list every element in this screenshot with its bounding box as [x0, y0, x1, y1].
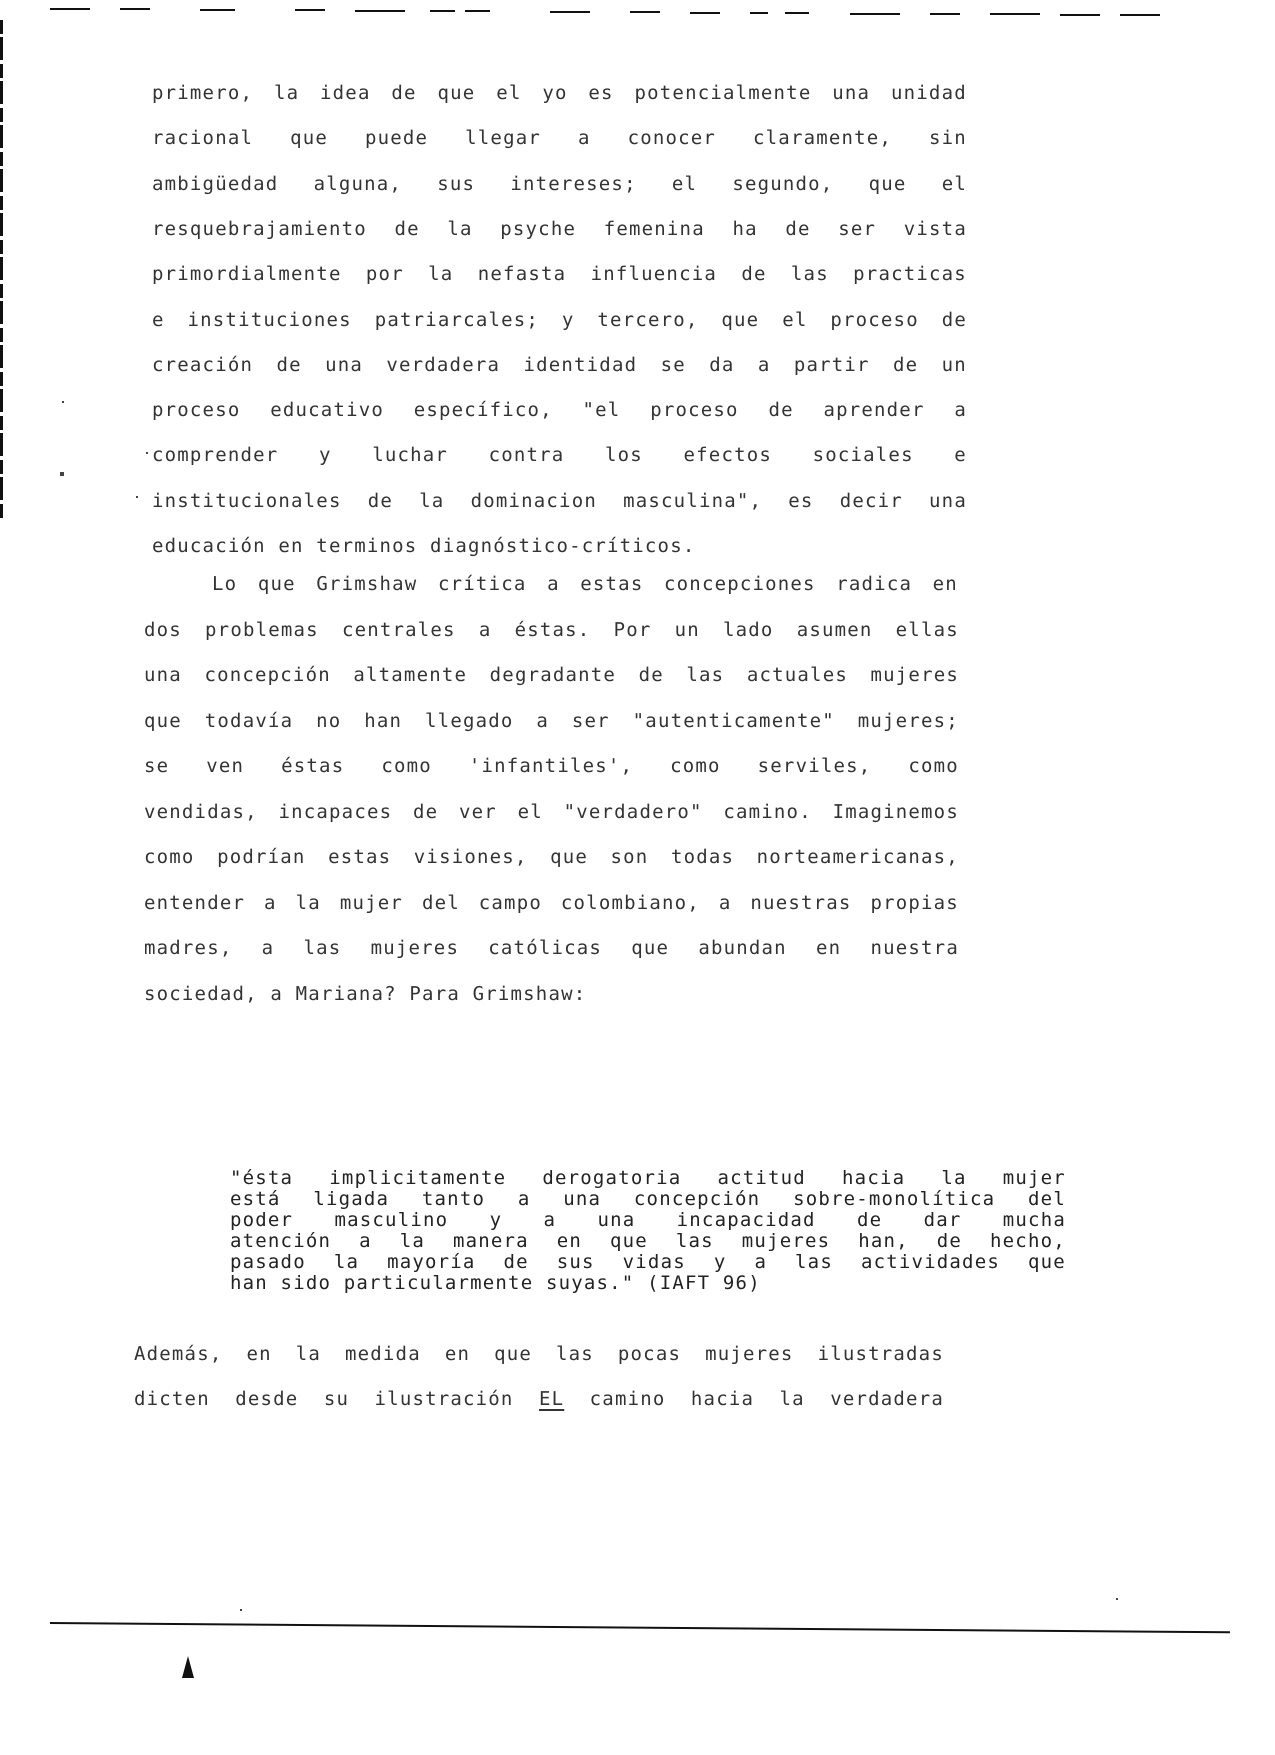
paragraph-1-line: educación en terminos diagnóstico-crític… — [152, 535, 967, 557]
word: sus — [557, 1252, 595, 1273]
word: el — [942, 173, 967, 195]
word: tanto — [422, 1189, 485, 1210]
word: actividades — [861, 1252, 1000, 1273]
word: Imaginemos — [833, 801, 959, 823]
word: en — [445, 1343, 470, 1365]
word: de — [942, 309, 967, 331]
word: la — [296, 1343, 321, 1365]
word: el — [496, 82, 521, 104]
word: católicas — [488, 937, 602, 959]
paragraph-2-line: comopodríanestasvisiones,quesontodasnort… — [144, 846, 959, 868]
word: la — [274, 82, 299, 104]
word: está — [230, 1189, 281, 1210]
word: en — [816, 937, 841, 959]
word: conocer — [628, 127, 716, 149]
word: todavía — [205, 710, 293, 732]
word: que — [494, 1343, 532, 1365]
word: una — [597, 1210, 635, 1231]
scan-dash — [850, 13, 900, 15]
word: sobre-monolítica — [793, 1189, 995, 1210]
word: que — [869, 173, 907, 195]
word: y — [490, 1210, 503, 1231]
scan-dash — [990, 13, 1040, 15]
word: como — [670, 755, 721, 777]
word: da — [709, 354, 734, 376]
speck — [146, 452, 148, 454]
word: derogatoria — [542, 1168, 681, 1189]
paragraph-3-line: dictendesdesuilustraciónELcaminohacialav… — [134, 1388, 944, 1410]
scan-dash — [50, 8, 90, 10]
word: una — [832, 82, 870, 104]
word: proceso — [830, 309, 918, 331]
word: mayoría — [387, 1252, 475, 1273]
word: vendidas, — [144, 801, 258, 823]
paragraph-1-line: primordialmenteporlanefastainfluenciadel… — [152, 263, 967, 285]
word: entender — [144, 892, 245, 914]
word: creación — [152, 354, 253, 376]
word: EL — [539, 1388, 564, 1410]
paragraph-2-line: entenderalamujerdelcampocolombiano,anues… — [144, 892, 959, 914]
word: visiones, — [414, 846, 528, 868]
scan-dash — [200, 9, 220, 11]
word: en — [246, 1343, 271, 1365]
word: medida — [345, 1343, 421, 1365]
scan-dash — [430, 10, 455, 12]
paragraph-1-line: racionalquepuedellegaraconocerclaramente… — [152, 127, 967, 149]
word: que — [610, 1231, 648, 1252]
paragraph-1-line: creacióndeunaverdaderaidentidadsedaapart… — [152, 354, 967, 376]
word: de — [639, 664, 664, 686]
word: problemas — [205, 619, 319, 641]
word: la — [296, 892, 321, 914]
word: tercero, — [597, 309, 698, 331]
word: pasado — [230, 1252, 306, 1273]
word: su — [324, 1388, 349, 1410]
word: mujer — [340, 892, 403, 914]
word: hacia — [691, 1388, 754, 1410]
word: poder — [230, 1210, 293, 1231]
scan-dash — [630, 11, 660, 13]
word: a — [262, 937, 275, 959]
word: vista — [904, 218, 967, 240]
word: ha — [732, 218, 757, 240]
word: degradante — [490, 664, 616, 686]
paragraph-2-line: madres,alasmujerescatólicasqueabundanenn… — [144, 937, 959, 959]
word: a — [578, 127, 591, 149]
word: sociedad, a Mariana? Para Grimshaw: — [144, 983, 586, 1005]
word: la — [428, 263, 453, 285]
word: institucionales — [152, 490, 342, 512]
word: abundan — [698, 937, 786, 959]
word: que — [144, 710, 182, 732]
word: una — [144, 664, 182, 686]
word: nefasta — [478, 263, 566, 285]
word: y — [562, 309, 575, 331]
word: pocas — [618, 1343, 681, 1365]
word: que — [438, 82, 476, 104]
word: campo — [479, 892, 542, 914]
word: a — [754, 1252, 767, 1273]
word: las — [791, 263, 829, 285]
word: han, — [858, 1231, 909, 1252]
word: a — [518, 1189, 531, 1210]
word: yo — [542, 82, 567, 104]
word: de — [741, 263, 766, 285]
scan-dash — [550, 11, 590, 13]
word: claramente, — [753, 127, 892, 149]
word: mujeres — [705, 1343, 793, 1365]
word: las — [686, 664, 724, 686]
word: resquebrajamiento — [152, 218, 367, 240]
paragraph-2-line: unaconcepciónaltamentedegradantedelasact… — [144, 664, 959, 686]
word: de — [413, 801, 438, 823]
block-quote-line: han sido particularmente suyas." (IAFT 9… — [230, 1273, 1066, 1294]
word: Además, — [134, 1343, 222, 1365]
word: desde — [235, 1388, 298, 1410]
word: proceso — [152, 399, 240, 421]
word: concepción — [204, 664, 330, 686]
word: propias — [870, 892, 958, 914]
speck — [1116, 1598, 1118, 1600]
word: identidad — [523, 354, 637, 376]
word: actitud — [717, 1168, 805, 1189]
word: de — [893, 354, 918, 376]
scan-edge-artifact — [0, 20, 3, 520]
word: practicas — [853, 263, 967, 285]
word: verdadera — [830, 1388, 944, 1410]
word: a — [954, 399, 967, 421]
word: ilustradas — [818, 1343, 944, 1365]
word: concepciones — [664, 573, 816, 595]
word: éstas — [281, 755, 344, 777]
word: nuestras — [750, 892, 851, 914]
word: específico, — [414, 399, 553, 421]
word: de — [785, 218, 810, 240]
block-quote-line: pasadolamayoríadesusvidasyalasactividade… — [230, 1252, 1066, 1273]
word: hecho, — [990, 1231, 1066, 1252]
word: potencialmente — [635, 82, 812, 104]
word: efectos — [684, 444, 772, 466]
word: podrían — [217, 846, 305, 868]
scan-dash — [690, 12, 720, 14]
block-quote-line: atenciónalamaneraenquelasmujereshan,dehe… — [230, 1231, 1066, 1252]
word: de — [937, 1231, 962, 1252]
word: ser — [838, 218, 876, 240]
word: de — [768, 399, 793, 421]
word: sin — [929, 127, 967, 149]
word: de — [368, 490, 393, 512]
paragraph-1-line: comprenderylucharcontralosefectossociale… — [152, 444, 967, 466]
word: el — [672, 173, 697, 195]
word: que — [290, 127, 328, 149]
word: actuales — [747, 664, 848, 686]
word: y — [714, 1252, 727, 1273]
word: implicitamente — [329, 1168, 506, 1189]
word: comprender — [152, 444, 278, 466]
word: el — [782, 309, 807, 331]
word: concepción — [634, 1189, 760, 1210]
top-scan-dashes — [50, 8, 1240, 22]
word: e — [954, 444, 967, 466]
word: en — [557, 1231, 582, 1252]
word: ven — [206, 755, 244, 777]
word: altamente — [353, 664, 467, 686]
word: a — [544, 1210, 557, 1231]
word: incapaces — [278, 801, 392, 823]
word: hacia — [842, 1168, 905, 1189]
word: primero, — [152, 82, 253, 104]
scan-dash — [220, 9, 235, 11]
word: decir — [840, 490, 903, 512]
word: ver — [459, 801, 497, 823]
word: como — [144, 846, 195, 868]
word: mujeres; — [858, 710, 959, 732]
word: masculino — [335, 1210, 449, 1231]
block-quote-line: "éstaimplicitamentederogatoriaactitudhac… — [230, 1168, 1066, 1189]
scan-dash — [355, 10, 405, 12]
word: por — [366, 263, 404, 285]
word: "ésta — [230, 1168, 293, 1189]
scan-dash — [930, 13, 960, 15]
word: colombiano, — [561, 892, 700, 914]
word: idea — [320, 82, 371, 104]
scan-dash — [120, 8, 150, 10]
word: el — [518, 801, 543, 823]
word: manera — [453, 1231, 529, 1252]
paragraph-3-line: Además,enlamedidaenquelaspocasmujeresilu… — [134, 1343, 944, 1365]
word: racional — [152, 127, 253, 149]
word: que — [550, 846, 588, 868]
word: los — [605, 444, 643, 466]
word: de — [504, 1252, 529, 1273]
word: de — [276, 354, 301, 376]
word: la — [419, 490, 444, 512]
word: una — [563, 1189, 601, 1210]
word: la — [780, 1388, 805, 1410]
word: lado — [723, 619, 774, 641]
word: en — [933, 573, 958, 595]
word: como — [381, 755, 432, 777]
scan-dash — [295, 9, 325, 11]
word: dos — [144, 619, 182, 641]
word: a — [758, 354, 771, 376]
paragraph-1-line: ambigüedadalguna,susintereses;elsegundo,… — [152, 173, 967, 195]
word: educativo — [270, 399, 384, 421]
word: radica — [836, 573, 912, 595]
paragraph-2-line: quetodavíanohanllegadoaser"autenticament… — [144, 710, 959, 732]
word: la — [447, 218, 472, 240]
word: masculina", — [623, 490, 762, 512]
word: se — [661, 354, 686, 376]
word: educación en terminos diagnóstico-crític… — [152, 535, 695, 557]
paragraph-1-line: einstitucionespatriarcales;ytercero,quee… — [152, 309, 967, 331]
word: proceso — [650, 399, 738, 421]
word: estas — [328, 846, 391, 868]
word: mucha — [1003, 1210, 1066, 1231]
word: como — [908, 755, 959, 777]
word: una — [929, 490, 967, 512]
paragraph-1-line: procesoeducativoespecífico,"elprocesodea… — [152, 399, 967, 421]
word: las — [795, 1252, 833, 1273]
word: primordialmente — [152, 263, 342, 285]
word: alguna, — [314, 173, 402, 195]
word: a — [264, 892, 277, 914]
word: se — [144, 755, 169, 777]
word: que — [721, 309, 759, 331]
word: segundo, — [732, 173, 833, 195]
scan-blot-mark — [182, 1656, 194, 1678]
word: "el — [583, 399, 621, 421]
word: de — [391, 82, 416, 104]
word: que — [631, 937, 669, 959]
speck — [62, 401, 64, 403]
word: incapacidad — [677, 1210, 816, 1231]
word: unidad — [891, 82, 967, 104]
word: ambigüedad — [152, 173, 278, 195]
scan-dash — [1120, 14, 1160, 16]
word: Grimshaw — [316, 573, 417, 595]
word: luchar — [372, 444, 448, 466]
word: nuestra — [870, 937, 958, 959]
word: sus — [437, 173, 475, 195]
word: a — [479, 619, 492, 641]
word: es — [788, 490, 813, 512]
block-quote-line: estáligadatantoaunaconcepciónsobre-monol… — [230, 1189, 1066, 1210]
word: es — [588, 82, 613, 104]
word: centrales — [342, 619, 456, 641]
word: dominacion — [471, 490, 597, 512]
word: Lo — [212, 573, 237, 595]
word: ilustración — [375, 1388, 514, 1410]
word: un — [675, 619, 700, 641]
paragraph-2-line: vendidas,incapacesdeverel"verdadero"cami… — [144, 801, 959, 823]
word: la — [334, 1252, 359, 1273]
block-quote: "éstaimplicitamentederogatoriaactitudhac… — [230, 1168, 1066, 1294]
paragraph-2-line: sevenéstascomo'infantiles',comoserviles,… — [144, 755, 959, 777]
word: han — [364, 710, 402, 732]
word: son — [611, 846, 649, 868]
word: llegado — [425, 710, 513, 732]
paragraph-2-line: dosproblemascentralesaéstas.Porunladoasu… — [144, 619, 959, 641]
scan-dash — [785, 12, 809, 14]
word: partir — [794, 354, 870, 376]
block-quote-line: podermasculinoyaunaincapacidaddedarmucha — [230, 1210, 1066, 1231]
word: mujeres — [871, 664, 959, 686]
word: que — [1028, 1252, 1066, 1273]
scan-dash — [1060, 14, 1100, 16]
word: éstas. — [515, 619, 591, 641]
word: "verdadero" — [564, 801, 703, 823]
word: la — [400, 1231, 425, 1252]
word: ser — [572, 710, 610, 732]
paragraph-1-line: primero,laideadequeelyoespotencialmenteu… — [152, 82, 967, 104]
word: "autenticamente" — [633, 710, 835, 732]
word: crítica — [438, 573, 526, 595]
word: ellas — [896, 619, 959, 641]
word: llegar — [465, 127, 541, 149]
word: no — [316, 710, 341, 732]
word: mujer — [1003, 1168, 1066, 1189]
word: sociales — [813, 444, 914, 466]
word: todas — [671, 846, 734, 868]
word: psyche — [500, 218, 576, 240]
paragraph-2-line: LoqueGrimshawcríticaaestasconcepcionesra… — [212, 573, 958, 595]
word: estas — [580, 573, 643, 595]
word: atención — [230, 1231, 331, 1252]
word: 'infantiles', — [469, 755, 633, 777]
word: que — [258, 573, 296, 595]
word: influencia — [591, 263, 717, 285]
word: ligada — [313, 1189, 389, 1210]
word: dicten — [134, 1388, 210, 1410]
word: vidas — [623, 1252, 686, 1273]
word: las — [676, 1231, 714, 1252]
word: a — [547, 573, 560, 595]
paragraph-1-line: resquebrajamientodelapsychefemeninahades… — [152, 218, 967, 240]
word: las — [556, 1343, 594, 1365]
word: la — [941, 1168, 966, 1189]
word: de — [857, 1210, 882, 1231]
word: a — [359, 1231, 372, 1252]
word: un — [942, 354, 967, 376]
word: de — [394, 218, 419, 240]
word: las — [304, 937, 342, 959]
word: una — [325, 354, 363, 376]
paragraph-1-line: institucionalesdeladominacionmasculina",… — [152, 490, 967, 512]
paragraph-2-line: sociedad, a Mariana? Para Grimshaw: — [144, 983, 959, 1005]
word: y — [319, 444, 332, 466]
word: a — [719, 892, 732, 914]
word: aprender — [823, 399, 924, 421]
word: e — [152, 309, 165, 331]
word: dar — [924, 1210, 962, 1231]
word: del — [1028, 1189, 1066, 1210]
word: femenina — [604, 218, 705, 240]
word: han sido particularmente suyas." (IAFT 9… — [230, 1273, 761, 1294]
word: patriarcales; — [375, 309, 539, 331]
word: puede — [365, 127, 428, 149]
word: verdadera — [386, 354, 500, 376]
word: camino — [590, 1388, 666, 1410]
word: intereses; — [510, 173, 636, 195]
speck — [60, 472, 64, 476]
word: instituciones — [188, 309, 352, 331]
word: camino. — [723, 801, 811, 823]
speck — [240, 1609, 242, 1611]
word: mujeres — [371, 937, 459, 959]
word: madres, — [144, 937, 232, 959]
speck — [136, 496, 138, 498]
bottom-rule-line — [50, 1622, 1230, 1633]
word: Por — [614, 619, 652, 641]
word: asumen — [797, 619, 873, 641]
word: serviles, — [758, 755, 872, 777]
scan-dash — [750, 12, 768, 14]
word: del — [422, 892, 460, 914]
word: contra — [489, 444, 565, 466]
word: a — [536, 710, 549, 732]
scan-dash — [465, 10, 490, 12]
word: mujeres — [742, 1231, 830, 1252]
word: norteamericanas, — [757, 846, 959, 868]
